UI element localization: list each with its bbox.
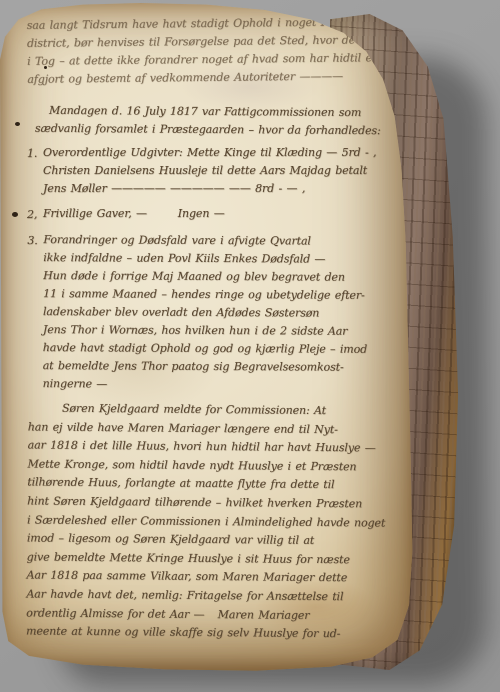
manuscript-line: ikke indfaldne – uden Povl Kiils Enkes D… [43,249,383,269]
manuscript-block: saa langt Tidsrum have havt stadigt Opho… [27,13,384,89]
manuscript-line: Christen Danielsens Huusleje til dette A… [43,162,383,180]
manuscript-line: Hun døde i forrige Maj Maaned og blev be… [43,267,383,287]
manuscript-page: saa langt Tidsrum have havt stadigt Opho… [0,2,414,672]
manuscript-line: ladenskaber blev overladt den Afdødes Sø… [43,303,383,323]
manuscript-line: sædvanlig forsamlet i Præstegaarden – hv… [35,120,383,140]
manuscript-block: Mandagen d. 16 July 1817 var Fattigcommi… [35,102,383,140]
manuscript-line: ningerne — [43,375,383,395]
manuscript-line: Aar havde havt det, nemlig: Fritagelse f… [26,585,382,607]
item-number: 2, [27,206,37,224]
manuscript-block: 1.Overordentlige Udgivter: Mette Kinge t… [43,144,383,198]
manuscript-line: Søren Kjeldgaard meldte for Commissionen… [28,399,384,421]
protocol-book: saa langt Tidsrum have havt stadigt Opho… [0,0,500,692]
manuscript-line: Mandagen d. 16 July 1817 var Fattigcommi… [35,102,383,122]
manuscript-line: hint Søren Kjeldgaard tilhørende – hvilk… [27,492,383,514]
manuscript-line: Frivillige Gaver, — Ingen — [43,205,383,223]
manuscript-block: 3.Forandringer og Dødsfald vare i afvigt… [43,231,384,395]
manuscript-line: Jens Møller ————— ————— —— 8rd - — , [43,180,383,198]
ink-speck [12,212,18,217]
manuscript-line: 11 i samme Maaned – hendes ringe og ubet… [43,285,383,305]
manuscript-line: Forandringer og Dødsfald vare i afvigte … [43,231,383,251]
manuscript-line: at bemeldte Jens Thor paatog sig Begrave… [43,357,383,377]
photo-backdrop: saa langt Tidsrum have havt stadigt Opho… [0,0,500,692]
ink-speck [15,122,20,126]
item-number: 3. [27,232,37,250]
manuscript-line: meente at kunne og ville skaffe sig selv… [26,623,382,645]
manuscript-block: 2,Frivillige Gaver, — Ingen — [43,205,383,223]
manuscript-line: Overordentlige Udgivter: Mette Kinge til… [43,144,383,162]
manuscript-line: afgjort og bestemt af vedkommende Autori… [27,67,383,89]
manuscript-block: Søren Kjeldgaard meldte for Commissionen… [26,399,384,644]
handwritten-text: saa langt Tidsrum have havt stadigt Opho… [27,15,383,643]
manuscript-line: Jens Thor i Wornæs, hos hvilken hun i de… [43,321,383,341]
manuscript-line: havde havt stadigt Ophold og god og kjær… [43,339,383,359]
item-number: 1. [27,145,37,163]
